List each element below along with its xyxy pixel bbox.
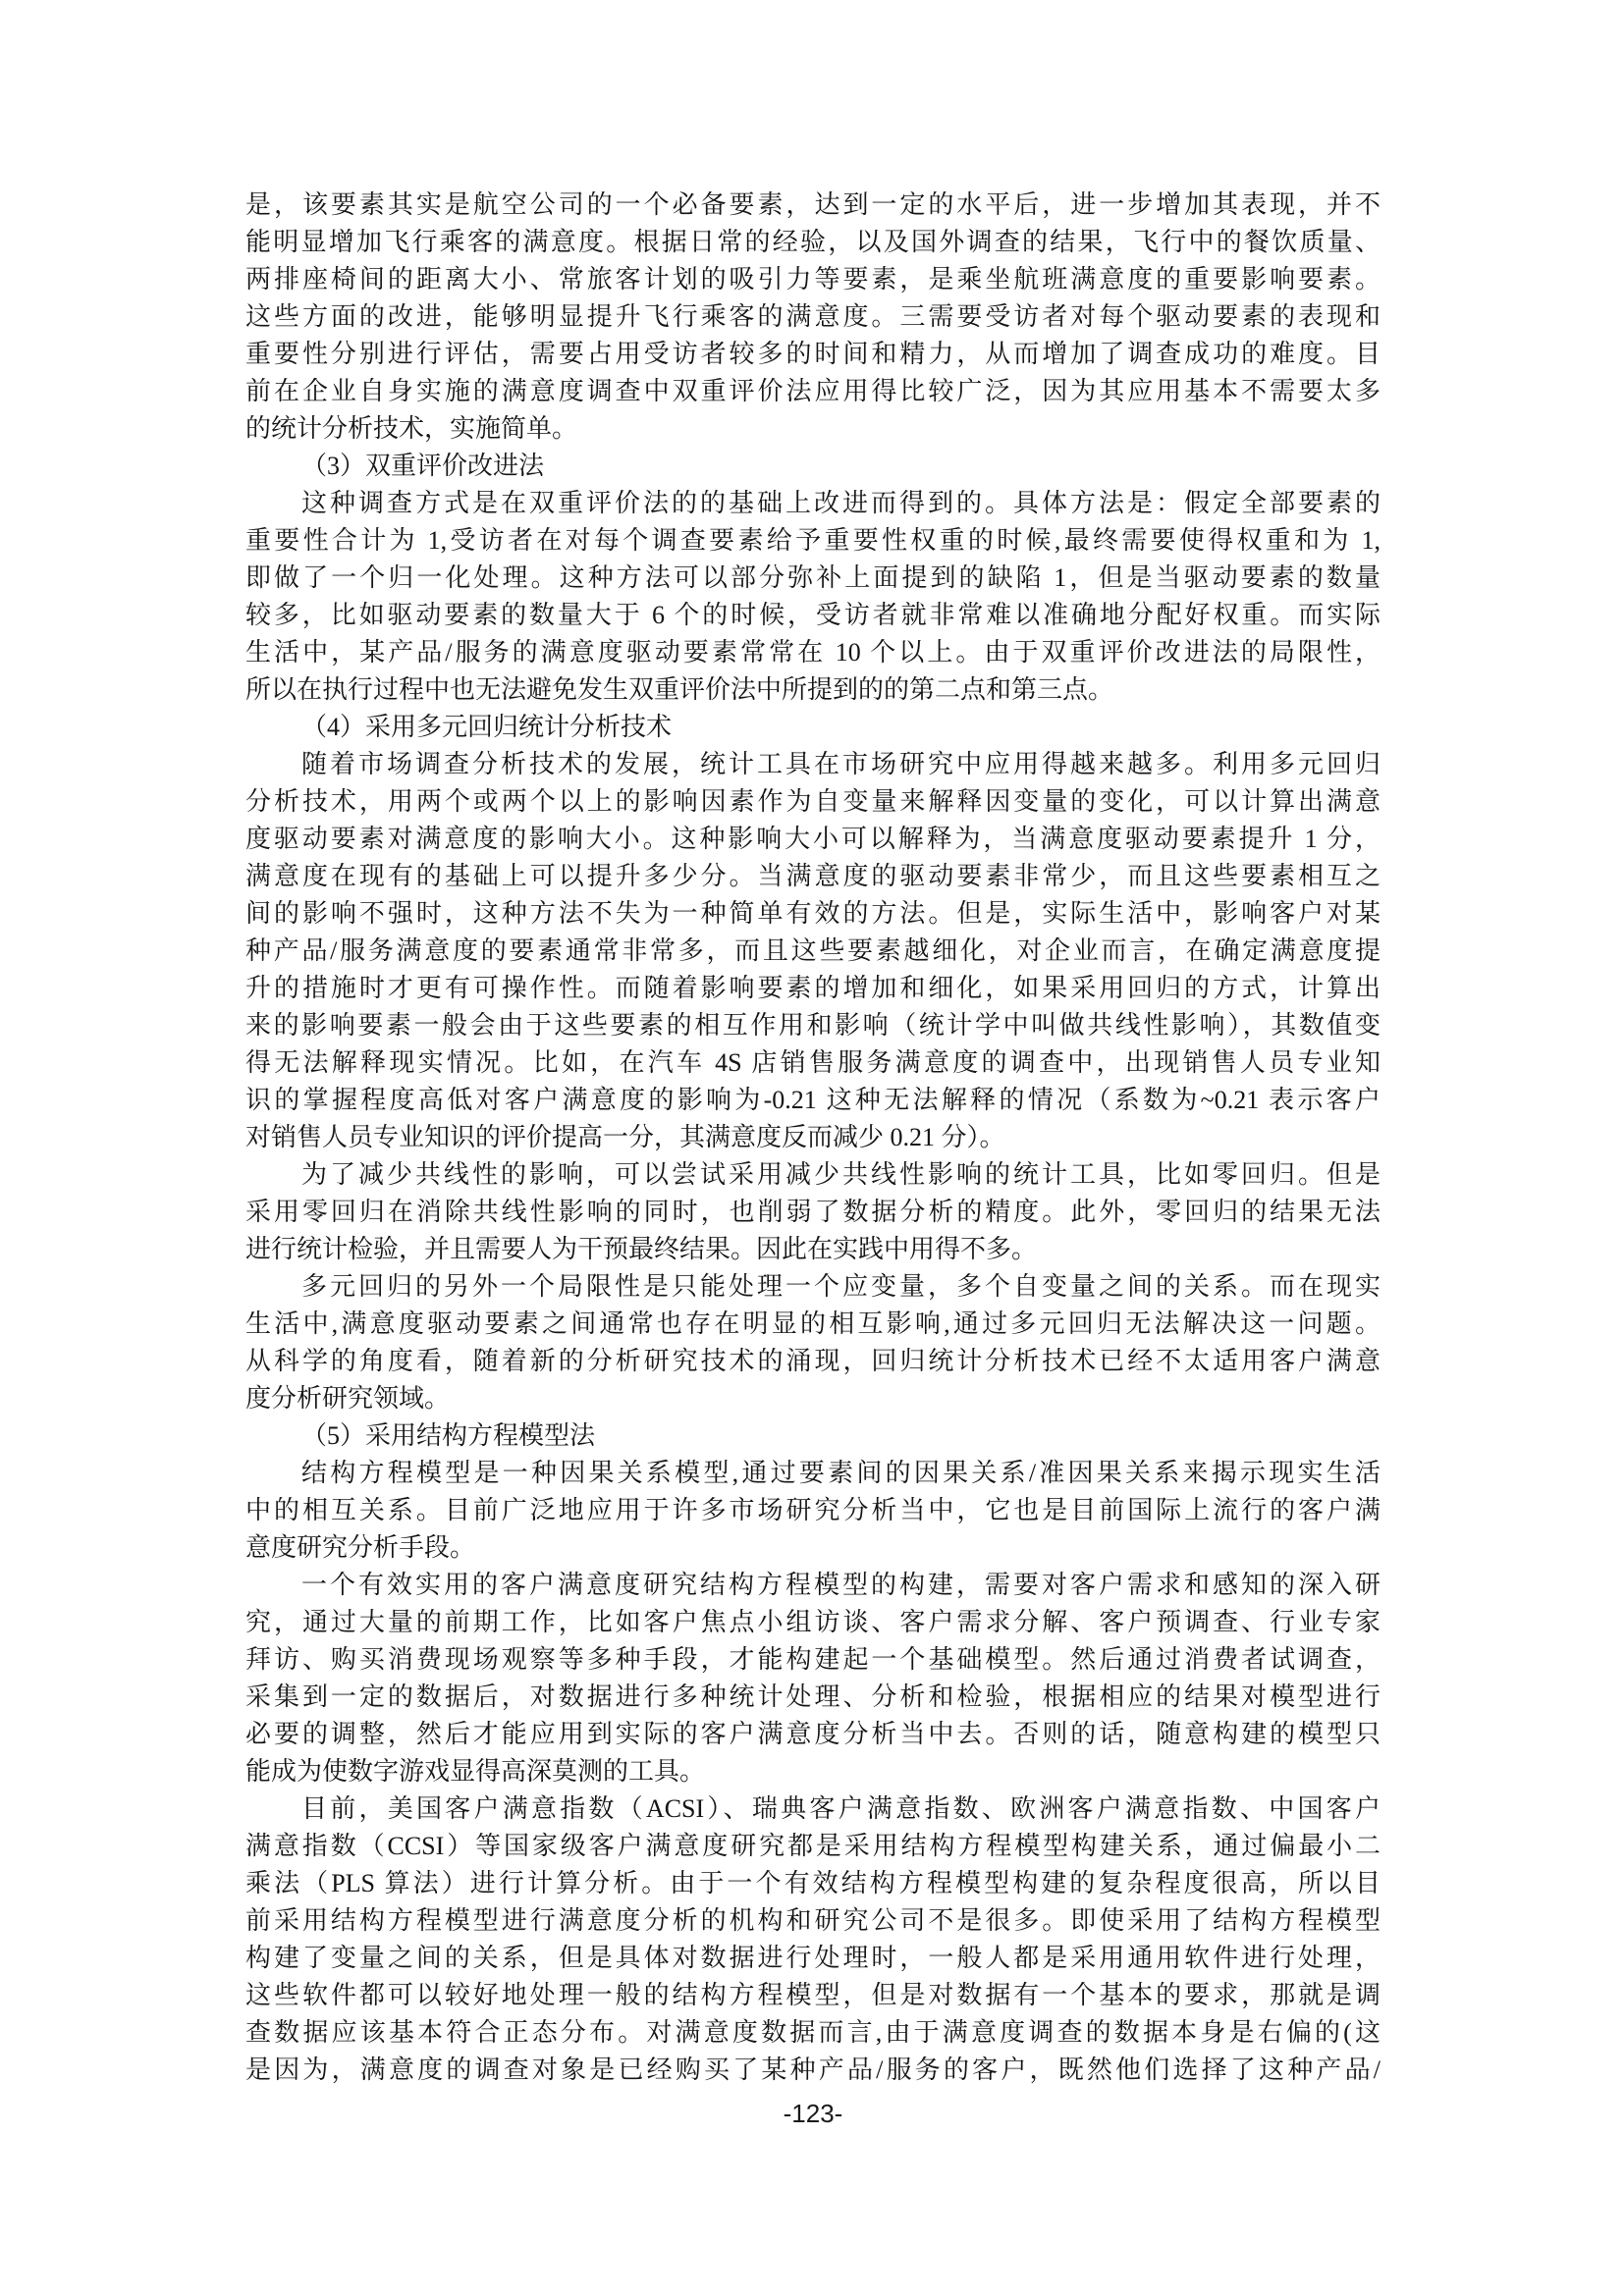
text-line: 前采用结构方程模型进行满意度分析的机构和研究公司不是很多。即使采用了结构方程模型 [245,1902,1380,1940]
text-line: 是因为，满意度的调查对象是已经购买了某种产品/服务的客户，既然他们选择了这种产品… [245,2052,1380,2089]
text-line: 度驱动要素对满意度的影响大小。这种影响大小可以解释为，当满意度驱动要素提升 1 … [245,821,1380,858]
text-line: 结构方程模型是一种因果关系模型,通过要素间的因果关系/准因果关系来揭示现实生活 [245,1455,1380,1492]
text-line: 即做了一个归一化处理。这种方法可以部分弥补上面提到的缺陷 1，但是当驱动要素的数… [245,560,1380,597]
page-number: -123- [245,2099,1380,2128]
text-line: 间的影响不强时，这种方法不失为一种简单有效的方法。但是，实际生活中，影响客户对某 [245,895,1380,933]
text-line: 从科学的角度看，随着新的分析研究技术的涌现，回归统计分析技术已经不太适用客户满意 [245,1343,1380,1380]
text-line: 意度研究分析手段。 [245,1529,1380,1567]
text-line: 的统计分析技术，实施简单。 [245,410,1380,448]
text-line: 中的相互关系。目前广泛地应用于许多市场研究分析当中，它也是目前国际上流行的客户满 [245,1492,1380,1529]
text-line: 随着市场调查分析技术的发展，统计工具在市场研究中应用得越来越多。利用多元回归 [245,746,1380,783]
text-line: 较多，比如驱动要素的数量大于 6 个的时候，受访者就非常难以准确地分配好权重。而… [245,597,1380,634]
text-line: 能明显增加飞行乘客的满意度。根据日常的经验，以及国外调查的结果，飞行中的餐饮质量… [245,224,1380,261]
text-line: 这些方面的改进，能够明显提升飞行乘客的满意度。三需要受访者对每个驱动要素的表现和 [245,298,1380,336]
body-text: 是，该要素其实是航空公司的一个必备要素，达到一定的水平后，进一步增加其表现，并不… [245,187,1380,2089]
text-line: 生活中,满意度驱动要素之间通常也存在明显的相互影响,通过多元回归无法解决这一问题… [245,1306,1380,1343]
text-line: （5）采用结构方程模型法 [245,1417,1380,1455]
text-line: 满意指数（CCSI）等国家级客户满意度研究都是采用结构方程模型构建关系，通过偏最… [245,1828,1380,1865]
text-line: 重要性合计为 1,受访者在对每个调查要素给予重要性权重的时候,最终需要使得权重和… [245,522,1380,560]
text-line: 乘法（PLS 算法）进行计算分析。由于一个有效结构方程模型构建的复杂程度很高，所… [245,1865,1380,1902]
text-line: 生活中，某产品/服务的满意度驱动要素常常在 10 个以上。由于双重评价改进法的局… [245,634,1380,671]
text-line: 识的掌握程度高低对客户满意度的影响为-0.21 这种无法解释的情况（系数为~0.… [245,1082,1380,1119]
text-line: 目前，美国客户满意指数（ACSI）、瑞典客户满意指数、欧洲客户满意指数、中国客户 [245,1790,1380,1828]
text-line: 对销售人员专业知识的评价提高一分，其满意度反而减少 0.21 分）。 [245,1119,1380,1156]
text-line: 一个有效实用的客户满意度研究结构方程模型的构建，需要对客户需求和感知的深入研 [245,1567,1380,1604]
text-line: 构建了变量之间的关系，但是具体对数据进行处理时，一般人都是采用通用软件进行处理， [245,1940,1380,1977]
text-line: 度分析研究领域。 [245,1380,1380,1417]
text-line: 种产品/服务满意度的要素通常非常多，而且这些要素越细化，对企业而言，在确定满意度… [245,933,1380,970]
text-line: 是，该要素其实是航空公司的一个必备要素，达到一定的水平后，进一步增加其表现，并不 [245,187,1380,224]
text-line: 所以在执行过程中也无法避免发生双重评价法中所提到的的第二点和第三点。 [245,671,1380,709]
text-line: 升的措施时才更有可操作性。而随着影响要素的增加和细化，如果采用回归的方式，计算出 [245,970,1380,1007]
text-line: 分析技术，用两个或两个以上的影响因素作为自变量来解释因变量的变化，可以计算出满意 [245,783,1380,821]
text-line: 拜访、购买消费现场观察等多种手段，才能构建起一个基础模型。然后通过消费者试调查， [245,1641,1380,1679]
text-line: 多元回归的另外一个局限性是只能处理一个应变量，多个自变量之间的关系。而在现实 [245,1268,1380,1306]
text-line: 必要的调整，然后才能应用到实际的客户满意度分析当中去。否则的话，随意构建的模型只 [245,1716,1380,1753]
text-line: 采集到一定的数据后，对数据进行多种统计处理、分析和检验，根据相应的结果对模型进行 [245,1679,1380,1716]
text-line: 究，通过大量的前期工作，比如客户焦点小组访谈、客户需求分解、客户预调查、行业专家 [245,1604,1380,1641]
text-line: （3）双重评价改进法 [245,448,1380,485]
text-line: 为了减少共线性的影响，可以尝试采用减少共线性影响的统计工具，比如零回归。但是 [245,1156,1380,1194]
text-line: 得无法解释现实情况。比如，在汽车 4S 店销售服务满意度的调查中，出现销售人员专… [245,1044,1380,1082]
text-line: 这种调查方式是在双重评价法的的基础上改进而得到的。具体方法是：假定全部要素的 [245,485,1380,522]
text-line: 查数据应该基本符合正态分布。对满意度数据而言,由于满意度调查的数据本身是右偏的(… [245,2014,1380,2052]
text-line: 两排座椅间的距离大小、常旅客计划的吸引力等要素，是乘坐航班满意度的重要影响要素。 [245,261,1380,298]
text-line: 满意度在现有的基础上可以提升多少分。当满意度的驱动要素非常少，而且这些要素相互之 [245,858,1380,895]
text-line: 进行统计检验，并且需要人为干预最终结果。因此在实践中用得不多。 [245,1231,1380,1268]
text-line: 来的影响要素一般会由于这些要素的相互作用和影响（统计学中叫做共线性影响），其数值… [245,1007,1380,1044]
text-line: 能成为使数字游戏显得高深莫测的工具。 [245,1753,1380,1790]
text-line: 重要性分别进行评估，需要占用受访者较多的时间和精力，从而增加了调查成功的难度。目 [245,336,1380,373]
text-line: （4）采用多元回归统计分析技术 [245,709,1380,746]
text-line: 这些软件都可以较好地处理一般的结构方程模型，但是对数据有一个基本的要求，那就是调 [245,1977,1380,2014]
text-line: 采用零回归在消除共线性影响的同时，也削弱了数据分析的精度。此外，零回归的结果无法 [245,1194,1380,1231]
text-line: 前在企业自身实施的满意度调查中双重评价法应用得比较广泛，因为其应用基本不需要太多 [245,373,1380,410]
document-page: 是，该要素其实是航空公司的一个必备要素，达到一定的水平后，进一步增加其表现，并不… [0,0,1624,2296]
